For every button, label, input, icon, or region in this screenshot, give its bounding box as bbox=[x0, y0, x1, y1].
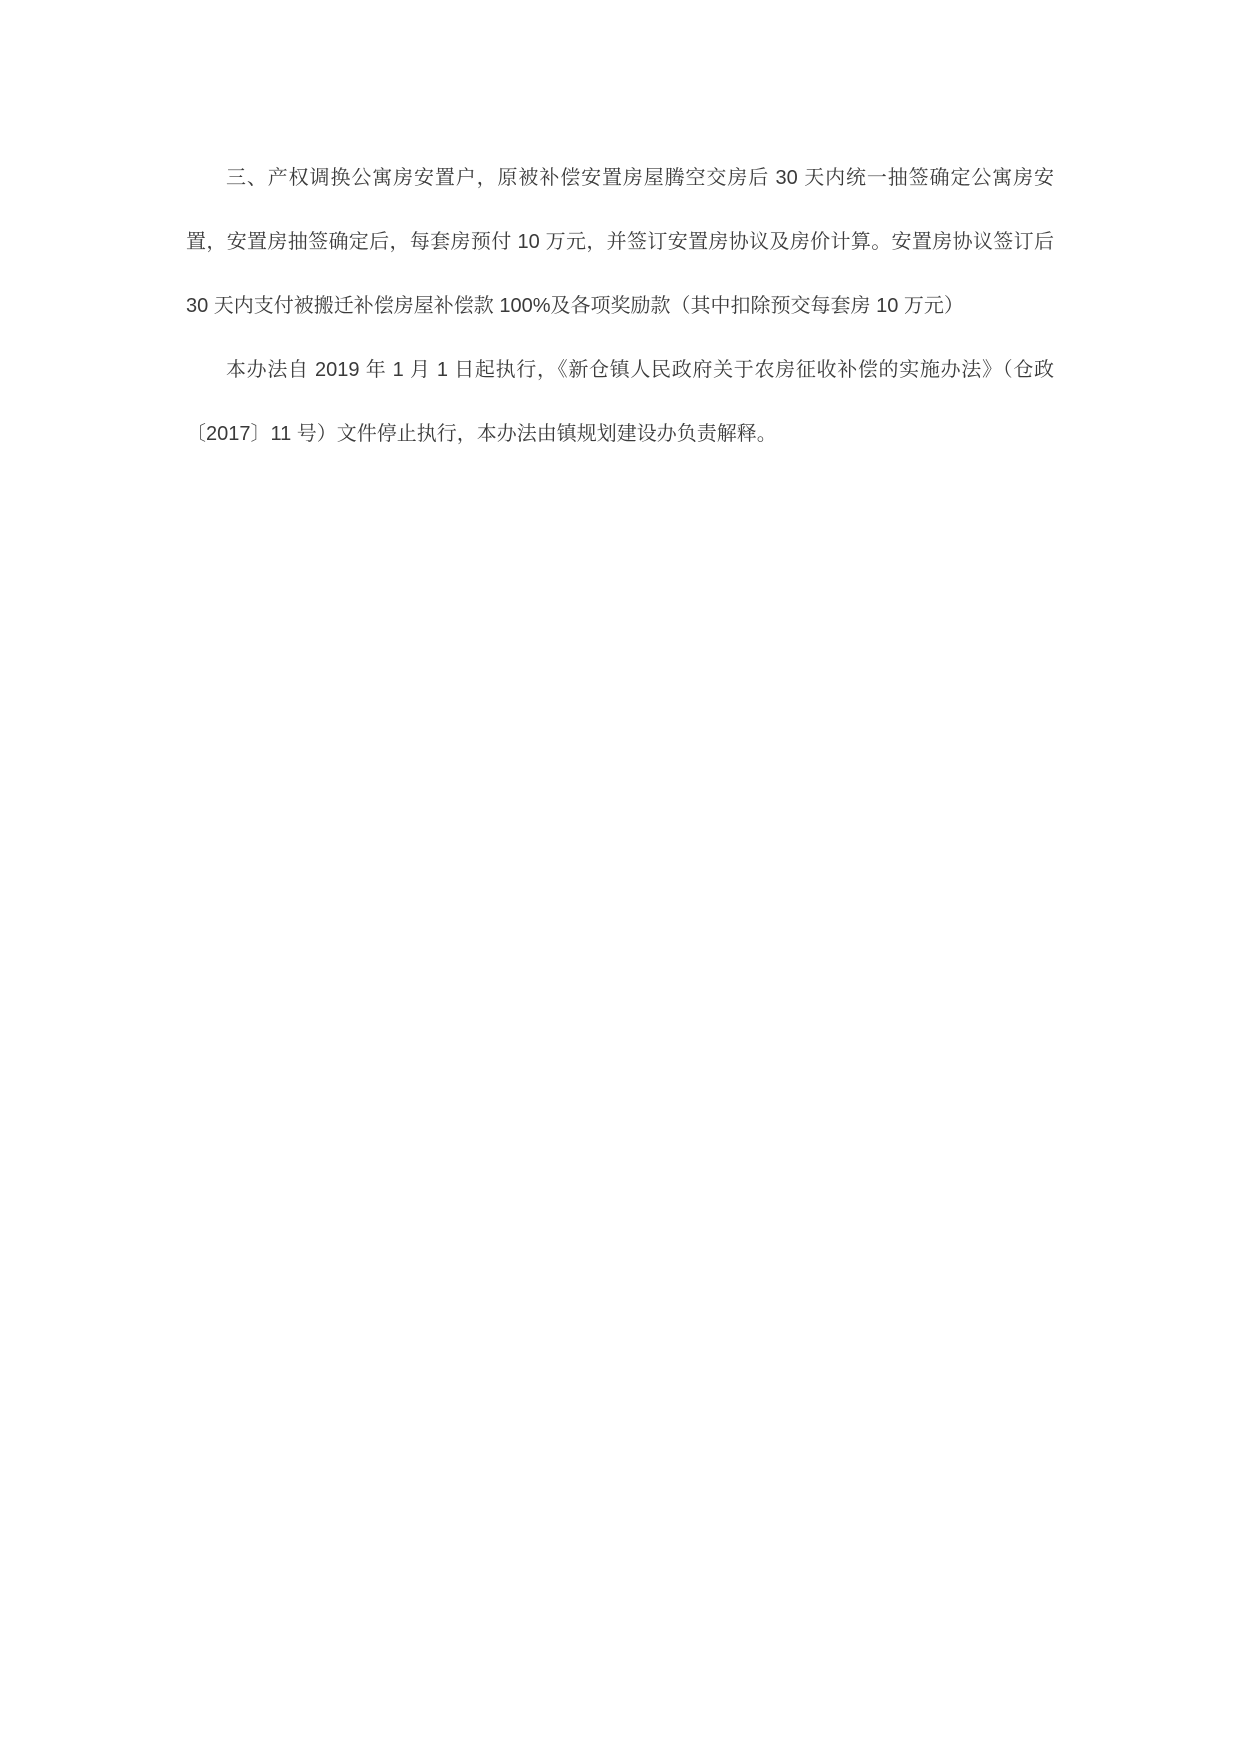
document-page: 三、产权调换公寓房安置户，原被补偿安置房屋腾空交房后 30 天内统一抽签确定公寓… bbox=[0, 0, 1240, 1753]
paragraph-effective-date: 本办法自 2019 年 1 月 1 日起执行，《新仓镇人民政府关于农房征收补偿的… bbox=[186, 338, 1054, 466]
paragraph-compensation-terms: 三、产权调换公寓房安置户，原被补偿安置房屋腾空交房后 30 天内统一抽签确定公寓… bbox=[186, 146, 1054, 338]
